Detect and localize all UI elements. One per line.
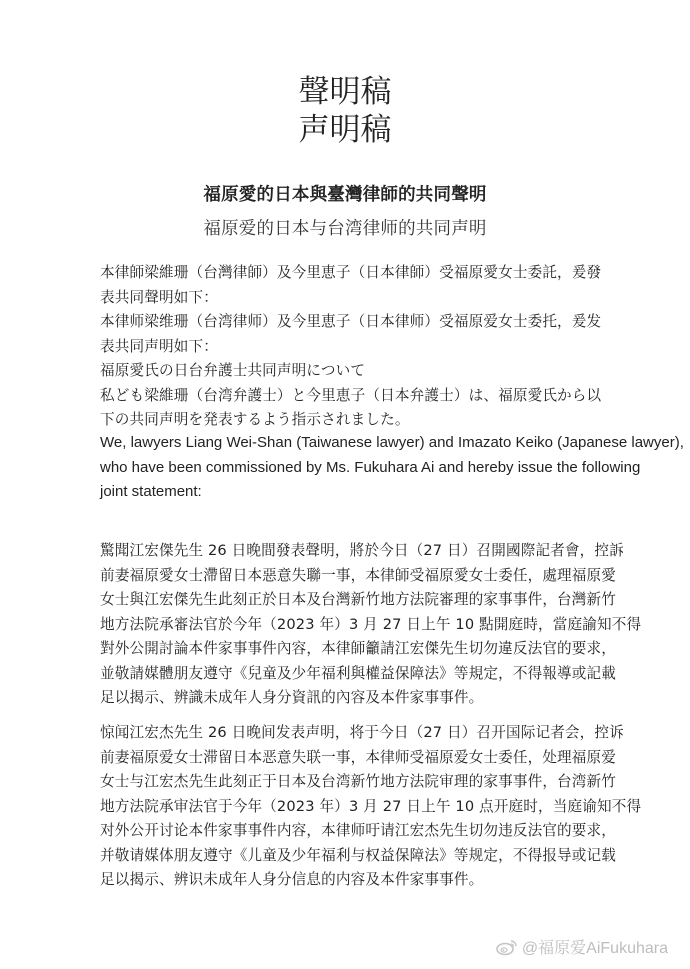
text-line: 对外公开讨论本件家事事件内容，本律师吁请江宏杰先生切勿违反法官的要求， (100, 819, 620, 844)
watermark-text: @福原爱AiFukuhara (522, 935, 668, 958)
weibo-icon (496, 938, 518, 956)
text-line: 本律師梁維珊（台灣律師）及今里恵子（日本律師）受福原愛女士委託，爰發 (100, 261, 620, 286)
page-title-simplified: 声明稿 (0, 112, 690, 148)
text-line: 並敬請媒體朋友遵守《兒童及少年福利與權益保障法》等規定，不得報導或記載 (100, 662, 620, 687)
text-line: 足以揭示、辨識未成年人身分資訊的內容及本件家事事件。 (100, 686, 620, 711)
text-line: 本律师梁维珊（台湾律师）及今里恵子（日本律师）受福原爱女士委托，爰发 (100, 310, 620, 335)
text-line: 惊闻江宏杰先生 26 日晚间发表声明，将于今日（27 日）召开国际记者会，控诉 (100, 721, 620, 746)
paragraph-simplified: 惊闻江宏杰先生 26 日晚间发表声明，将于今日（27 日）召开国际记者会，控诉 … (100, 721, 620, 893)
text-line: 足以揭示、辨识未成年人身分信息的内容及本件家事事件。 (100, 868, 620, 893)
text-line: 地方法院承审法官于今年（2023 年）3 月 27 日上午 10 点开庭时，当庭… (100, 795, 620, 820)
text-line: 女士与江宏杰先生此刻正于日本及台湾新竹地方法院审理的家事事件，台湾新竹 (100, 770, 620, 795)
intro-section: 本律師梁維珊（台灣律師）及今里恵子（日本律師）受福原愛女士委託，爰發 表共同聲明… (100, 261, 620, 433)
english-statement: We, lawyers Liang Wei-Shan (Taiwanese la… (100, 431, 620, 505)
text-line: 地方法院承審法官於今年（2023 年）3 月 27 日上午 10 點開庭時，當庭… (100, 613, 620, 638)
text-line: 私ども梁維珊（台湾弁護士）と今里恵子（日本弁護士）は、福原愛氏から以 (100, 384, 620, 409)
text-line: 女士與江宏傑先生此刻正於日本及台灣新竹地方法院審理的家事事件，台灣新竹 (100, 588, 620, 613)
text-line: 對外公開討論本件家事事件內容，本律師籲請江宏傑先生切勿違反法官的要求， (100, 637, 620, 662)
subtitle-traditional: 福原愛的日本與臺灣律師的共同聲明 (0, 181, 690, 206)
text-line: 驚聞江宏傑先生 26 日晚間發表聲明，將於今日（27 日）召開國際記者會，控訴 (100, 539, 620, 564)
weibo-watermark: @福原爱AiFukuhara (496, 935, 668, 958)
subtitle-simplified: 福原爱的日本与台湾律师的共同声明 (0, 215, 690, 240)
text-line: joint statement: (100, 480, 620, 505)
page-title-traditional: 聲明稿 (0, 74, 690, 110)
text-line: 表共同声明如下： (100, 335, 620, 360)
text-line: who have been commissioned by Ms. Fukuha… (100, 456, 620, 481)
paragraph-traditional: 驚聞江宏傑先生 26 日晚間發表聲明，將於今日（27 日）召開國際記者會，控訴 … (100, 539, 620, 711)
text-line: 福原愛氏の日台弁護士共同声明について (100, 359, 620, 384)
text-line: 下の共同声明を発表するよう指示されました。 (100, 408, 620, 433)
text-line: We, lawyers Liang Wei-Shan (Taiwanese la… (100, 431, 620, 456)
text-line: 前妻福原愛女士滯留日本惡意失聯一事，本律師受福原愛女士委任，處理福原愛 (100, 564, 620, 589)
text-line: 表共同聲明如下： (100, 286, 620, 311)
text-line: 并敬请媒体朋友遵守《儿童及少年福利与权益保障法》等规定，不得报导或记载 (100, 844, 620, 869)
text-line: 前妻福原爱女士滞留日本恶意失联一事，本律师受福原爱女士委任，处理福原爱 (100, 746, 620, 771)
